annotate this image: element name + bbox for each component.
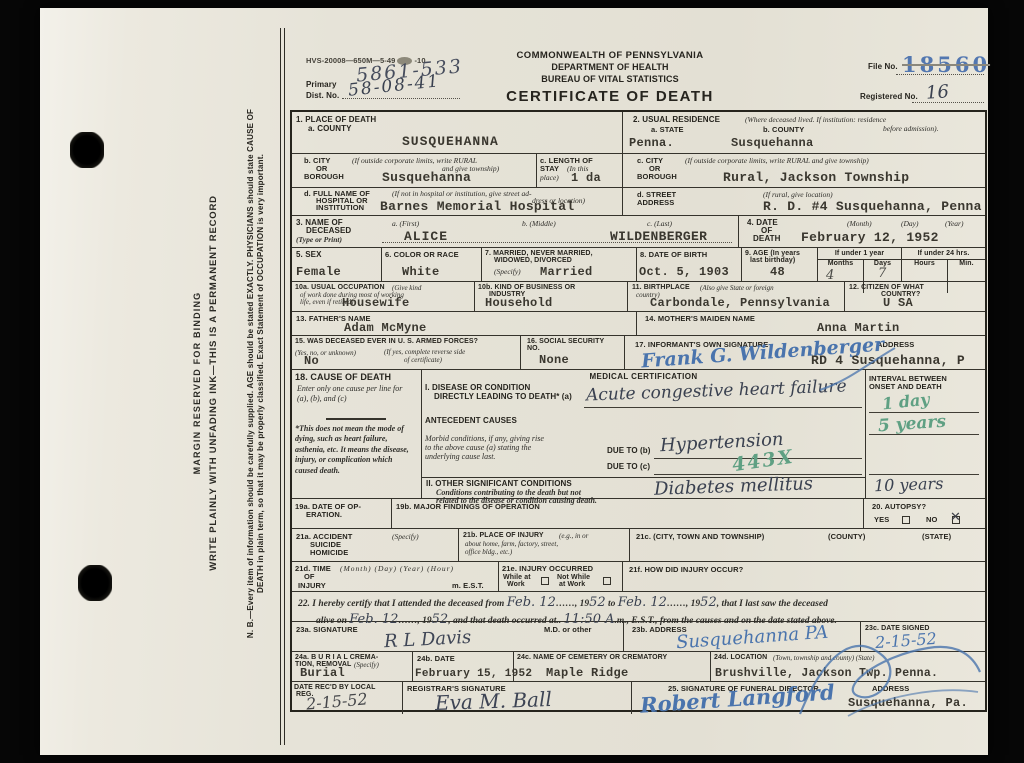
field-burial-location: 24d. LOCATION (Town, township and county…: [711, 652, 985, 681]
ssn-value: None: [539, 353, 569, 367]
row-physician: 23a. SIGNATURE M.D. or other R L Davis 2…: [292, 622, 985, 652]
cemetery-value: Maple Ridge: [546, 666, 629, 680]
primary-label: Primary: [306, 80, 337, 90]
row-registrar: DATE REC'D BY LOCAL REG. 2-15-52 REGISTR…: [292, 682, 985, 714]
field-city-borough: b. CITY OR BOROUGH (If outside corporate…: [292, 154, 537, 187]
under-1-year-label: If under 1 year: [818, 248, 901, 260]
other-conditions-value: Diabetes mellitus: [654, 473, 814, 500]
interval-a-value: 1 day: [881, 390, 930, 414]
registered-no-value: 16: [925, 81, 949, 104]
physician-signature-label: 23a. SIGNATURE: [296, 625, 358, 634]
row-cause-of-death: 18. CAUSE OF DEATH Enter only one cause …: [292, 370, 985, 499]
field-burial-type: 24a. B U R I A L CREMA- TION, REMOVAL (S…: [292, 652, 413, 681]
certify-t3: to: [606, 599, 618, 609]
city-value: Susquehanna: [382, 170, 471, 185]
file-no-label: File No.: [868, 62, 898, 72]
field-date-of-birth: 8. DATE OF BIRTH Oct. 5, 1903: [637, 248, 742, 281]
field-cemetery: 24c. NAME OF CEMETERY OR CREMATORY Maple…: [514, 652, 711, 681]
injury-place-note1: (e.g., in or: [559, 532, 588, 540]
field-autopsy: 20. AUTOPSY? YES NO ✕: [864, 499, 985, 528]
injury-city-label: 21c. (CITY, TOWN AND TOWNSHIP): [636, 532, 764, 541]
burial-date-label: 24b. DATE: [417, 654, 455, 663]
father-value: Adam McMyne: [344, 321, 427, 335]
cause-of-death-label: 18. CAUSE OF DEATH: [295, 372, 391, 383]
dist-no-label: Dist. No.: [306, 91, 339, 101]
field-date-of-operation: 19a. DATE OF OP- ERATION.: [292, 499, 392, 528]
under-24-label: If under 24 hrs.: [902, 248, 985, 260]
cemetery-label: 24c. NAME OF CEMETERY OR CREMATORY: [517, 654, 667, 662]
mother-label: 14. MOTHER'S MAIDEN NAME: [645, 314, 755, 323]
certify-t5: , that I last saw the deceased: [717, 599, 828, 609]
field-business: 10b. KIND OF BUSINESS OR INDUSTRY Househ…: [475, 282, 628, 311]
street-value: R. D. #4 Susquehanna, Penna: [763, 199, 982, 214]
field-registrar-signature: REGISTRAR'S SIGNATURE Eva M. Ball: [403, 682, 632, 714]
usual-residence-note2: before admission).: [883, 124, 939, 133]
armed-forces-note3: of certificate): [404, 356, 442, 364]
field-certify-statement: 22. I hereby certify that I attended the…: [292, 592, 985, 621]
commonwealth-line: COMMONWEALTH OF PENNSYLVANIA: [445, 50, 775, 61]
margin-write-plainly-text: WRITE PLAINLY WITH UNFADING INK—THIS IS …: [208, 53, 219, 713]
certificate-paper: MARGIN RESERVED FOR BINDING WRITE PLAINL…: [40, 8, 988, 755]
certify-h1: Feb. 12: [507, 595, 556, 610]
burial-location-label: 24d. LOCATION: [714, 654, 767, 662]
burial-location-note: (Town, township and county) (State): [773, 654, 874, 662]
field-informant: 17. INFORMANT'S OWN SIGNATURE ADDRESS Fr…: [625, 336, 985, 369]
injury-place-note3: office bldg., etc.): [465, 548, 512, 556]
dod-day-label: (Day): [901, 219, 919, 228]
margin-nb-line1: N. B.—Every item of information should b…: [246, 21, 256, 726]
not-while-checkbox: [603, 577, 611, 585]
injury-occurred-label: 21e. INJURY OCCURRED: [502, 564, 593, 573]
business-value: Household: [485, 296, 553, 310]
residence-county-value: Susquehanna: [731, 136, 814, 150]
county-value: SUSQUEHANNA: [402, 134, 499, 149]
months-label: Months: [818, 260, 863, 268]
autopsy-yes-label: YES: [874, 515, 889, 524]
dod-month-label: (Month): [847, 219, 872, 228]
dod-year-label: (Year): [945, 219, 963, 228]
field-operation-findings: 19b. MAJOR FINDINGS OF OPERATION: [392, 499, 864, 528]
field-birthplace: 11. BIRTHPLACE (Also give State or forei…: [628, 282, 845, 311]
armed-forces-label: 15. WAS DECEASED EVER IN U. S. ARMED FOR…: [295, 338, 478, 346]
margin-binding-text: MARGIN RESERVED FOR BINDING: [192, 158, 203, 608]
injury-state-label: (STATE): [922, 532, 951, 541]
residence-city-value: Rural, Jackson Township: [723, 170, 909, 185]
operation-date-label2: ERATION.: [306, 510, 342, 519]
middle-name-label: b. (Middle): [522, 219, 556, 228]
registered-no-label: Registered No.: [860, 92, 918, 102]
field-injury-location: 21c. (CITY, TOWN AND TOWNSHIP) (COUNTY) …: [630, 529, 985, 561]
bureau-line: BUREAU OF VITAL STATISTICS: [445, 74, 775, 85]
occupation-value: Housewife: [342, 296, 410, 310]
first-name-value: ALICE: [404, 229, 448, 244]
field-usual-residence: 2. USUAL RESIDENCE (Where deceased lived…: [623, 112, 985, 153]
autopsy-no-mark: ✕: [950, 510, 961, 525]
hospital-label3: INSTITUTION: [316, 203, 364, 212]
field-place-of-death: 1. PLACE OF DEATH a. COUNTY SUSQUEHANNA: [292, 112, 623, 153]
certificate-form: 1. PLACE OF DEATH a. COUNTY SUSQUEHANNA …: [290, 110, 987, 712]
cause-a-line: [584, 407, 862, 408]
cause-instructions-col: 18. CAUSE OF DEATH Enter only one cause …: [292, 370, 422, 498]
while-at-work-checkbox: [541, 577, 549, 585]
due-to-c-label: DUE TO (c): [607, 462, 650, 472]
interval-col: INTERVAL BETWEEN ONSET AND DEATH 1 day 5…: [866, 370, 985, 498]
interval-label2: ONSET AND DEATH: [869, 382, 942, 391]
burial-value: Burial: [300, 666, 345, 680]
armed-forces-value: No: [304, 354, 319, 368]
injury-time-est: m. E.S.T.: [452, 581, 484, 590]
field-physician-address: 23b. ADDRESS Susquehanna PA: [624, 622, 861, 651]
hours-label: Hours: [902, 260, 947, 268]
injury-county-label: (COUNTY): [828, 532, 865, 541]
injury-time-label3: INJURY: [298, 581, 326, 590]
not-while-label2: at Work: [559, 581, 585, 589]
due-to-b-label: DUE TO (b): [607, 446, 651, 456]
field-mother: 14. MOTHER'S MAIDEN NAME Anna Martin: [637, 312, 985, 335]
row-informant: 15. WAS DECEASED EVER IN U. S. ARMED FOR…: [292, 336, 985, 370]
field-date-received: DATE REC'D BY LOCAL REG. 2-15-52: [292, 682, 403, 714]
punch-hole-bottom: [78, 565, 112, 601]
usual-residence-label: 2. USUAL RESIDENCE: [633, 115, 720, 125]
field-citizen: 12. CITIZEN OF WHAT COUNTRY? U SA: [845, 282, 985, 311]
field-length-of-stay: c. LENGTH OF STAY (In this place) 1 da: [537, 154, 623, 187]
field-ssn: 16. SOCIAL SECURITY NO. None: [521, 336, 625, 369]
informant-address-value: RD 4 Susquehanna, P: [811, 353, 965, 368]
mother-value: Anna Martin: [817, 321, 900, 335]
certify-t2: ……, 19: [556, 599, 589, 609]
cause-instruction-2: *This does not mean the mode of dying, s…: [295, 424, 417, 476]
margin-nb-text: N. B.—Every item of information should b…: [246, 21, 265, 726]
citizen-value: U SA: [883, 296, 913, 310]
borough-label: BOROUGH: [304, 172, 344, 181]
certify-h4: 52: [700, 595, 717, 610]
morbid-line3: underlying cause last.: [425, 452, 495, 462]
how-injury-label: 21f. HOW DID INJURY OCCUR?: [629, 565, 743, 574]
stay-label2: STAY: [540, 164, 559, 173]
sex-label: 5. SEX: [296, 250, 322, 260]
row-place-residence-2: b. CITY OR BOROUGH (If outside corporate…: [292, 154, 985, 188]
field-name-of-deceased: 3. NAME OF DECEASED (Type or Print) a. (…: [292, 216, 739, 247]
injury-time-label2: OF: [304, 572, 315, 581]
burial-specify-note: (Specify): [354, 661, 379, 669]
row-sex-age: 5. SEX Female 6. COLOR OR RACE White 7. …: [292, 248, 985, 282]
row-certify: 22. I hereby certify that I attended the…: [292, 592, 985, 622]
certify-t1: 22. I hereby certify that I attended the…: [298, 599, 507, 609]
residence-county-label: b. COUNTY: [763, 125, 804, 134]
funeral-director-address-value: Susquehanna, Pa.: [848, 696, 968, 710]
field-date-of-death: 4. DATE OF DEATH (Month) (Day) (Year) Fe…: [739, 216, 985, 247]
birthplace-note1: (Also give State or foreign: [700, 284, 774, 292]
field-marital-status: 7. MARRIED, NEVER MARRIED, WIDOWED, DIVO…: [482, 248, 637, 281]
field-place-of-injury: 21b. PLACE OF INJURY (e.g., in or about …: [459, 529, 630, 561]
physician-signature-value: R L Davis: [384, 627, 472, 653]
dod-value: February 12, 1952: [801, 230, 939, 245]
autopsy-label: 20. AUTOPSY?: [872, 502, 926, 511]
dob-value: Oct. 5, 1903: [639, 265, 729, 279]
instruction-divider: [326, 418, 386, 420]
cause-instruction-1: Enter only one cause per line for (a), (…: [297, 384, 415, 403]
hospital-note1: (If not in hospital or institution, give…: [392, 189, 532, 198]
file-no-stamp: 18560: [902, 52, 990, 77]
field-occupation: 10a. USUAL OCCUPATION (Give kind of work…: [292, 282, 475, 311]
operation-findings-label: 19b. MAJOR FINDINGS OF OPERATION: [396, 502, 540, 511]
date-received-value: 2-15-52: [305, 689, 368, 713]
certify-h2: 52: [589, 595, 606, 610]
field-accident-type: 21a. ACCIDENT SUICIDE HOMICIDE (Specify): [292, 529, 459, 561]
field-sex: 5. SEX Female: [292, 248, 382, 281]
margin-double-rule: [280, 28, 285, 745]
field-burial-date: 24b. DATE February 15, 1952: [413, 652, 514, 681]
row-injury-time: 21d. TIME (Month) (Day) (Year) (Hour) OF…: [292, 562, 985, 592]
color-race-value: White: [402, 265, 440, 279]
age-under-24-hrs: If under 24 hrs. Hours Min.: [902, 248, 985, 281]
birthplace-value: Carbondale, Pennsylvania: [650, 296, 830, 310]
autopsy-no-label: NO: [926, 515, 937, 524]
stay-note2: place): [540, 173, 559, 182]
field-funeral-director: 25. SIGNATURE OF FUNERAL DIRECTOR ADDRES…: [632, 682, 985, 714]
md-or-other-label: M.D. or other: [544, 625, 592, 634]
certify-h3: Feb. 12: [618, 595, 667, 610]
dod-label3: DEATH: [753, 234, 780, 244]
header-center: COMMONWEALTH OF PENNSYLVANIA DEPARTMENT …: [445, 50, 775, 106]
dob-label: 8. DATE OF BIRTH: [640, 250, 707, 259]
sex-value: Female: [296, 265, 341, 279]
field-physician-signature: 23a. SIGNATURE M.D. or other R L Davis: [292, 622, 624, 651]
first-name-label: a. (First): [392, 219, 419, 228]
stay-value: 1 da: [571, 171, 601, 185]
interval-b-value: 5 years: [877, 412, 946, 437]
accident-specify-note: (Specify): [392, 532, 419, 541]
marital-value: Married: [540, 265, 593, 279]
age-value: 48: [770, 265, 785, 279]
row-name-dod: 3. NAME OF DECEASED (Type or Print) a. (…: [292, 216, 985, 248]
min-label: Min.: [948, 260, 985, 268]
field-how-injury: 21f. HOW DID INJURY OCCUR?: [623, 562, 985, 591]
department-line: DEPARTMENT OF HEALTH: [445, 62, 775, 73]
punch-hole-top: [70, 132, 104, 168]
row-place-residence-1: 1. PLACE OF DEATH a. COUNTY SUSQUEHANNA …: [292, 112, 985, 154]
state-label: a. STATE: [651, 125, 684, 134]
while-at-work-label2: Work: [507, 581, 525, 589]
medical-certification-col: MEDICAL CERTIFICATION I. DISEASE OR COND…: [422, 370, 866, 498]
row-operation: 19a. DATE OF OP- ERATION. 19b. MAJOR FIN…: [292, 499, 985, 529]
color-race-label: 6. COLOR OR RACE: [385, 250, 459, 259]
registrar-value: Eva M. Ball: [435, 687, 553, 715]
row-parents: 13. FATHER'S NAME Adam McMyne 14. MOTHER…: [292, 312, 985, 336]
burial-location-value: Brushville, Jackson Twp. Penna.: [715, 667, 938, 680]
autopsy-yes-checkbox: [902, 516, 910, 524]
certificate-title: CERTIFICATE OF DEATH: [445, 88, 775, 106]
date-signed-value: 2-15-52: [874, 629, 937, 652]
accident-label3: HOMICIDE: [310, 548, 348, 557]
row-burial: 24a. B U R I A L CREMA- TION, REMOVAL (S…: [292, 652, 985, 682]
field-armed-forces: 15. WAS DECEASED EVER IN U. S. ARMED FOR…: [292, 336, 521, 369]
county-label: a. COUNTY: [308, 124, 352, 134]
name-label3: (Type or Print): [296, 235, 342, 244]
street-label2: ADDRESS: [637, 198, 674, 207]
last-name-value: WILDENBERGER: [610, 229, 707, 244]
field-color-race: 6. COLOR OR RACE White: [382, 248, 482, 281]
usual-residence-note1: (Where deceased lived. If institution: r…: [745, 115, 886, 124]
state-value: Penna.: [629, 136, 674, 150]
residence-city-note: (If outside corporate limits, write RURA…: [685, 156, 869, 165]
certify-t4: ……, 19: [667, 599, 700, 609]
marital-specify: (Specify): [494, 267, 521, 276]
row-accident: 21a. ACCIDENT SUICIDE HOMICIDE (Specify)…: [292, 529, 985, 562]
row-occupation: 10a. USUAL OCCUPATION (Give kind of work…: [292, 282, 985, 312]
field-hospital: d. FULL NAME OF HOSPITAL OR INSTITUTION …: [292, 188, 623, 215]
age-under-1-year: If under 1 year Months 4 Days 7: [818, 248, 902, 281]
row-place-residence-3: d. FULL NAME OF HOSPITAL OR INSTITUTION …: [292, 188, 985, 216]
ssn-label2: NO.: [527, 345, 540, 353]
field-street-address: d. STREET ADDRESS (If rural, give locati…: [623, 188, 985, 215]
field-date-signed: 23c. DATE SIGNED 2-15-52: [861, 622, 985, 651]
interval-ii-value: 10 years: [874, 474, 944, 495]
days-handwritten: 7: [878, 266, 886, 281]
street-note: (If rural, give location): [763, 190, 833, 199]
physician-address-value: Susquehanna PA: [675, 622, 828, 654]
hospital-value: Barnes Memorial Hospital: [380, 199, 574, 214]
age-years: 9. AGE (In years last birthday) 48: [742, 248, 818, 281]
injury-time-cols: (Month) (Day) (Year) (Hour): [340, 564, 454, 573]
field-father: 13. FATHER'S NAME Adam McMyne: [292, 312, 637, 335]
disease-label2: DIRECTLY LEADING TO DEATH* (a): [434, 392, 572, 402]
residence-city-label2: BOROUGH: [637, 172, 677, 181]
field-injury-occurred: 21e. INJURY OCCURRED While at Work Not W…: [499, 562, 623, 591]
margin-nb-line2: DEATH in plain term, so that it may be p…: [256, 21, 266, 726]
field-time-of-injury: 21d. TIME (Month) (Day) (Year) (Hour) OF…: [292, 562, 499, 591]
field-age: 9. AGE (In years last birthday) 48 If un…: [742, 248, 985, 281]
last-name-label: c. (Last): [647, 219, 672, 228]
form-header: HVS-20008—650M—5-49-10 5861-533 Primary …: [290, 44, 987, 108]
funeral-director-address-label: ADDRESS: [872, 684, 909, 693]
antecedent-label: ANTECEDENT CAUSES: [425, 416, 517, 426]
field-residence-city: c. CITY OR BOROUGH (If outside corporate…: [623, 154, 985, 187]
